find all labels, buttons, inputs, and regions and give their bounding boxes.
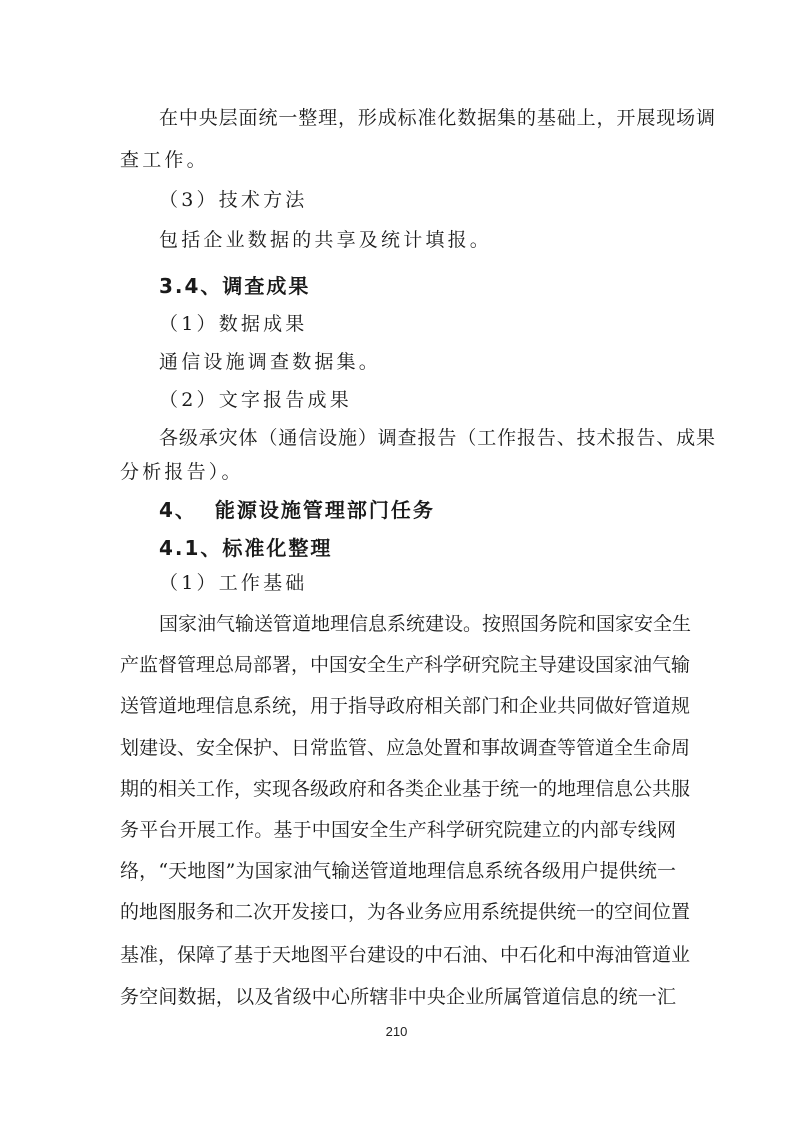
section-heading-4: 4、 能源设施管理部门任务 bbox=[159, 498, 715, 522]
subheading-text-report-results: （2）文字报告成果 bbox=[159, 388, 715, 412]
subheading-technical-method: （3）技术方法 bbox=[159, 188, 715, 212]
paragraph-line: 国家油气输送管道地理信息系统建设。按照国务院和国家安全生 bbox=[159, 612, 676, 636]
paragraph-line: 务平台开展工作。基于中国安全生产科学研究院建立的内部专线网 bbox=[120, 818, 676, 842]
paragraph-line: 划建设、安全保护、日常监管、应急处置和事故调查等管道全生命周 bbox=[120, 736, 676, 760]
paragraph-line: 的地图服务和二次开发接口，为各业务应用系统提供统一的空间位置 bbox=[120, 900, 676, 924]
subheading-data-results: （1）数据成果 bbox=[159, 312, 715, 336]
paragraph-line: 分析报告）。 bbox=[120, 460, 676, 484]
subheading-work-basis: （1）工作基础 bbox=[159, 571, 715, 595]
paragraph-line: 产监督管理总局部署，中国安全生产科学研究院主导建设国家油气输 bbox=[120, 653, 676, 677]
paragraph-line: 包括企业数据的共享及统计填报。 bbox=[159, 228, 715, 252]
paragraph-line: 各级承灾体（通信设施）调查报告（工作报告、技术报告、成果 bbox=[159, 426, 715, 450]
section-heading-3-4: 3.4、调查成果 bbox=[159, 274, 715, 298]
paragraph-line: 期的相关工作，实现各级政府和各类企业基于统一的地理信息公共服 bbox=[120, 777, 676, 801]
paragraph-line: 务空间数据，以及省级中心所辖非中央企业所属管道信息的统一汇 bbox=[120, 985, 676, 1009]
paragraph-line: 查工作。 bbox=[120, 148, 676, 172]
paragraph-line: 通信设施调查数据集。 bbox=[159, 350, 715, 374]
page-number: 210 bbox=[0, 1024, 793, 1039]
paragraph-line: 送管道地理信息系统，用于指导政府相关部门和企业共同做好管道规 bbox=[120, 694, 676, 718]
paragraph-line: 基准，保障了基于天地图平台建设的中石油、中石化和中海油管道业 bbox=[120, 943, 676, 967]
paragraph-line: 在中央层面统一整理，形成标准化数据集的基础上，开展现场调 bbox=[159, 106, 715, 130]
paragraph-line: 络，“天地图”为国家油气输送管道地理信息系统各级用户提供统一 bbox=[120, 859, 676, 883]
section-heading-4-1: 4.1、标准化整理 bbox=[159, 536, 715, 560]
